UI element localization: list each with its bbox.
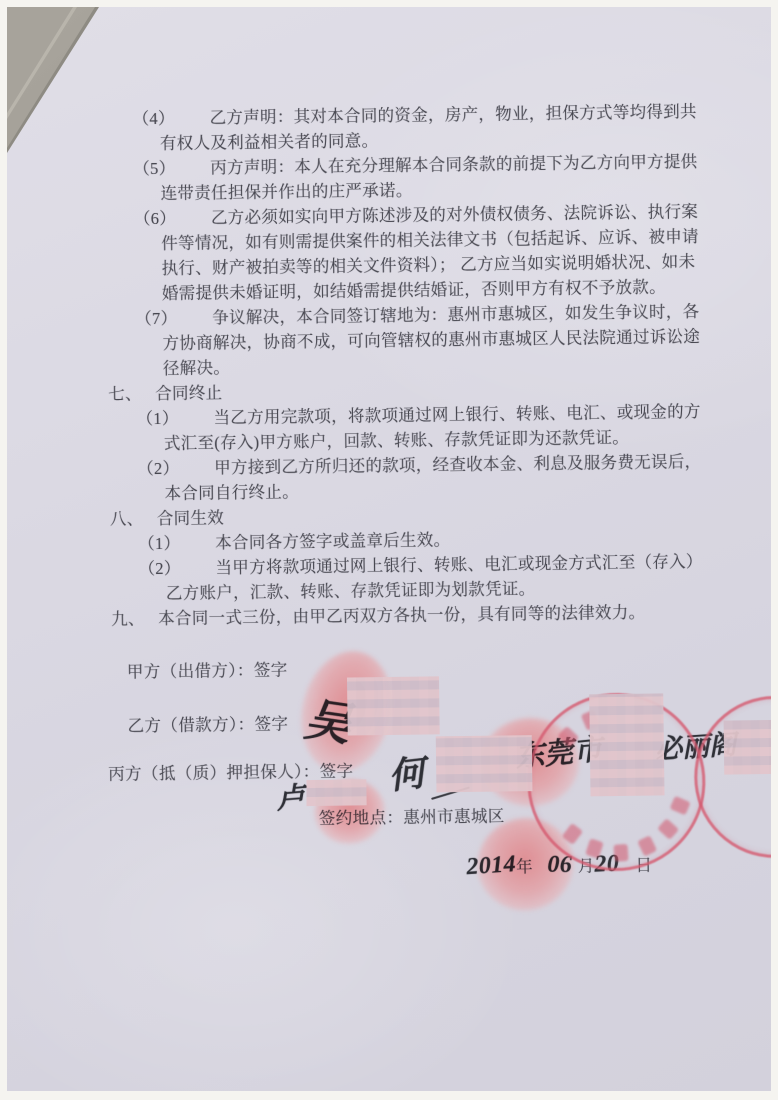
page-content: （4）乙方声明：其对本合同的资金，房产，物业，担保方式等均得到共有权人及利益相关… (7, 7, 771, 1091)
section-7-item-1-number: （1） (136, 406, 178, 432)
censor-mosaic-small (306, 779, 366, 806)
seal-arc-text-block (657, 818, 679, 840)
clause-6: （6）乙方必须如实向甲方陈述涉及的对外债权债务、法院诉讼、执行案件等情况，如有则… (161, 199, 702, 306)
clause-4-number: （4） (132, 106, 174, 132)
clause-5-number: （5） (133, 156, 175, 182)
censor-mosaic-seal-center (589, 693, 664, 796)
section-9-number: 九、 (111, 606, 145, 631)
seal-arc-text-block (613, 844, 628, 862)
section-7-item-1-text: 当乙方用完款项，将款项通过网上银行、转账、电汇、或现金的方式汇至(存入)甲方账户… (164, 402, 701, 453)
section-9-text: 本合同一式三份，由甲乙丙双方各执一份，具有同等的法律效力。 (158, 603, 645, 628)
censor-mosaic-right-seal (724, 720, 771, 775)
clause-6-number: （6） (134, 206, 176, 232)
clause-7-text: 争议解决，本合同签订辖地为：惠州市惠城区，如发生争议时，各方协商解决，协商不成，… (162, 302, 700, 378)
censor-mosaic-party-b-name (347, 676, 440, 735)
section-8-title: 合同生效 (157, 508, 224, 528)
company-seal-partial (687, 689, 771, 865)
seal-arc-text-block (670, 796, 691, 816)
section-8-item-2-number: （2） (138, 556, 180, 582)
clause-5-text: 丙方声明：本人在充分理解本合同条款的前提下为乙方向甲方提供连带责任担保并作出的庄… (160, 152, 697, 203)
seal-arc-text-block (557, 726, 579, 748)
section-8-item-1-text: 本合同各方签字或盖章后生效。 (215, 530, 450, 552)
contract-body-text: （4）乙方声明：其对本合同的资金，房产，物业，担保方式等均得到共有权人及利益相关… (159, 99, 706, 631)
section-7-item-1: （1）当乙方用完款项，将款项通过网上银行、转账、电汇、或现金的方式汇至(存入)甲… (163, 399, 704, 456)
clause-4-text: 乙方声明：其对本合同的资金，房产，物业，担保方式等均得到共有权人及利益相关者的同… (160, 102, 697, 153)
section-8-item-1-number: （1） (138, 531, 180, 557)
party-b-signature-line: 乙方（借款方）：签字 (127, 710, 288, 736)
party-c-signature-handwriting: 何 (385, 745, 427, 800)
section-8-number: 八、 (110, 506, 144, 531)
section-7-item-2-number: （2） (137, 456, 179, 482)
seal-arc-text-block (637, 835, 657, 856)
section-8-item-2-text: 当甲方将款项通过网上银行、转账、电汇或现金方式汇至（存入）乙方账户，汇款、转账、… (166, 552, 703, 603)
section-7-item-2-text: 甲方接到乙方所归还的款项，经查收本金、利息及服务费无误后，本合同自行终止。 (164, 452, 701, 503)
section-7-item-2: （2）甲方接到乙方所归还的款项，经查收本金、利息及服务费无误后，本合同自行终止。 (164, 449, 705, 506)
section-8-item-2: （2）当甲方将款项通过网上银行、转账、电汇或现金方式汇至（存入）乙方账户，汇款、… (165, 549, 706, 606)
party-a-signature-line: 甲方（出借方）：签字 (127, 656, 288, 682)
party-c-signature-2-handwriting: 卢 (275, 775, 306, 817)
clause-7-number: （7） (135, 306, 177, 332)
scanned-contract-page: （4）乙方声明：其对本合同的资金，房产，物业，担保方式等均得到共有权人及利益相关… (7, 7, 771, 1091)
section-7-title: 合同终止 (155, 383, 222, 403)
section-7-number: 七、 (108, 381, 142, 406)
seal-arc-text-block (585, 838, 604, 859)
clause-4: （4）乙方声明：其对本合同的资金，房产，物业，担保方式等均得到共有权人及利益相关… (159, 99, 700, 156)
censor-mosaic-party-c-name (436, 735, 533, 792)
clause-7: （7）争议解决，本合同签订辖地为：惠州市惠城区，如发生争议时，各方协商解决，协商… (162, 299, 703, 381)
seal-arc-text-block (562, 823, 583, 845)
clause-6-text: 乙方必须如实向甲方陈述涉及的对外债权债务、法院诉讼、执行案件等情况，如有则需提供… (161, 202, 699, 303)
clause-5: （5）丙方声明：本人在充分理解本合同条款的前提下为乙方向甲方提供连带责任担保并作… (160, 149, 701, 206)
